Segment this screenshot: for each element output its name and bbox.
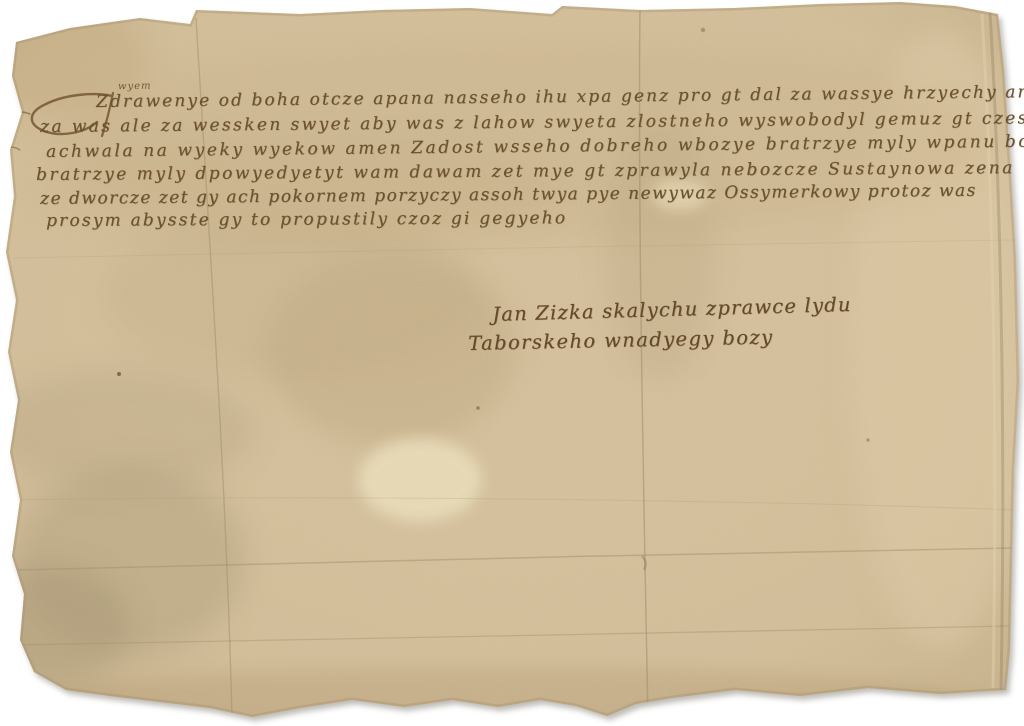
manuscript-photo: wyem Zdrawenye od boha otcze apana nasse… [0,0,1024,726]
grain-texture [0,0,1024,726]
parchment-sheet [0,0,1024,726]
